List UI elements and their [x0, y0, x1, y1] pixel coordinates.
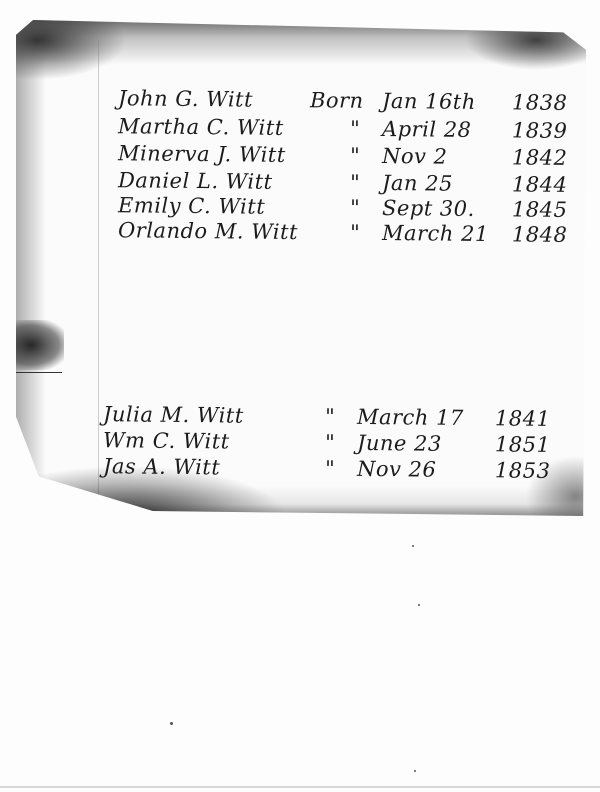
entry-ditto-mark: " — [325, 457, 335, 481]
entry-date: Jan 16th — [382, 89, 476, 114]
entry-name: John G. Witt — [118, 86, 253, 111]
entry-row: Orlando M. Witt " March 21 1848 — [100, 218, 580, 253]
entry-year: 1845 — [512, 197, 568, 222]
entry-row: Jas A. Witt " Nov 26 1853 — [85, 454, 565, 489]
entry-ditto-mark: " — [350, 117, 360, 141]
entry-date: Nov 2 — [382, 144, 448, 169]
entry-date: Nov 26 — [357, 457, 437, 482]
entry-year: 1844 — [512, 172, 568, 197]
entry-ditto-mark: " — [350, 171, 360, 195]
entry-name: Orlando M. Witt — [118, 218, 298, 244]
entry-year: 1842 — [512, 145, 568, 170]
page-bottom-edge — [0, 786, 600, 788]
entry-ditto-mark: " — [350, 196, 360, 220]
entry-name: Daniel L. Witt — [118, 168, 273, 194]
entry-name: Jas A. Witt — [103, 454, 220, 479]
birth-entries: John G. Witt Born Jan 16th 1838 Martha C… — [0, 0, 600, 792]
entry-year: 1848 — [512, 222, 568, 247]
entry-name: Emily C. Witt — [118, 193, 265, 219]
scan-speck — [412, 545, 414, 547]
scan-speck — [414, 770, 416, 772]
entry-year: 1838 — [512, 90, 568, 115]
scan-speck — [418, 604, 420, 606]
entry-year: 1841 — [495, 406, 551, 431]
entry-date: June 23 — [357, 431, 442, 456]
entry-year: 1851 — [495, 432, 551, 457]
entry-name: Julia M. Witt — [103, 402, 244, 427]
scan-speck — [170, 722, 173, 725]
entry-born-label: Born — [310, 88, 364, 113]
entry-name: Minerva J. Witt — [118, 141, 286, 167]
entry-ditto-mark: " — [350, 144, 360, 168]
entry-year: 1853 — [495, 458, 551, 483]
entry-ditto-mark: " — [350, 221, 360, 245]
entry-ditto-mark: " — [325, 405, 335, 429]
entry-date: March 21 — [382, 221, 489, 246]
entry-ditto-mark: " — [325, 431, 335, 455]
entry-date: March 17 — [357, 405, 464, 430]
entry-date: Jan 25 — [382, 171, 453, 196]
entry-year: 1839 — [512, 118, 568, 143]
entry-name: Martha C. Witt — [118, 114, 284, 140]
scanned-page: John G. Witt Born Jan 16th 1838 Martha C… — [0, 0, 600, 792]
entry-date: Sept 30. — [382, 196, 475, 221]
entry-date: April 28 — [382, 117, 472, 142]
entry-name: Wm C. Witt — [103, 428, 230, 453]
